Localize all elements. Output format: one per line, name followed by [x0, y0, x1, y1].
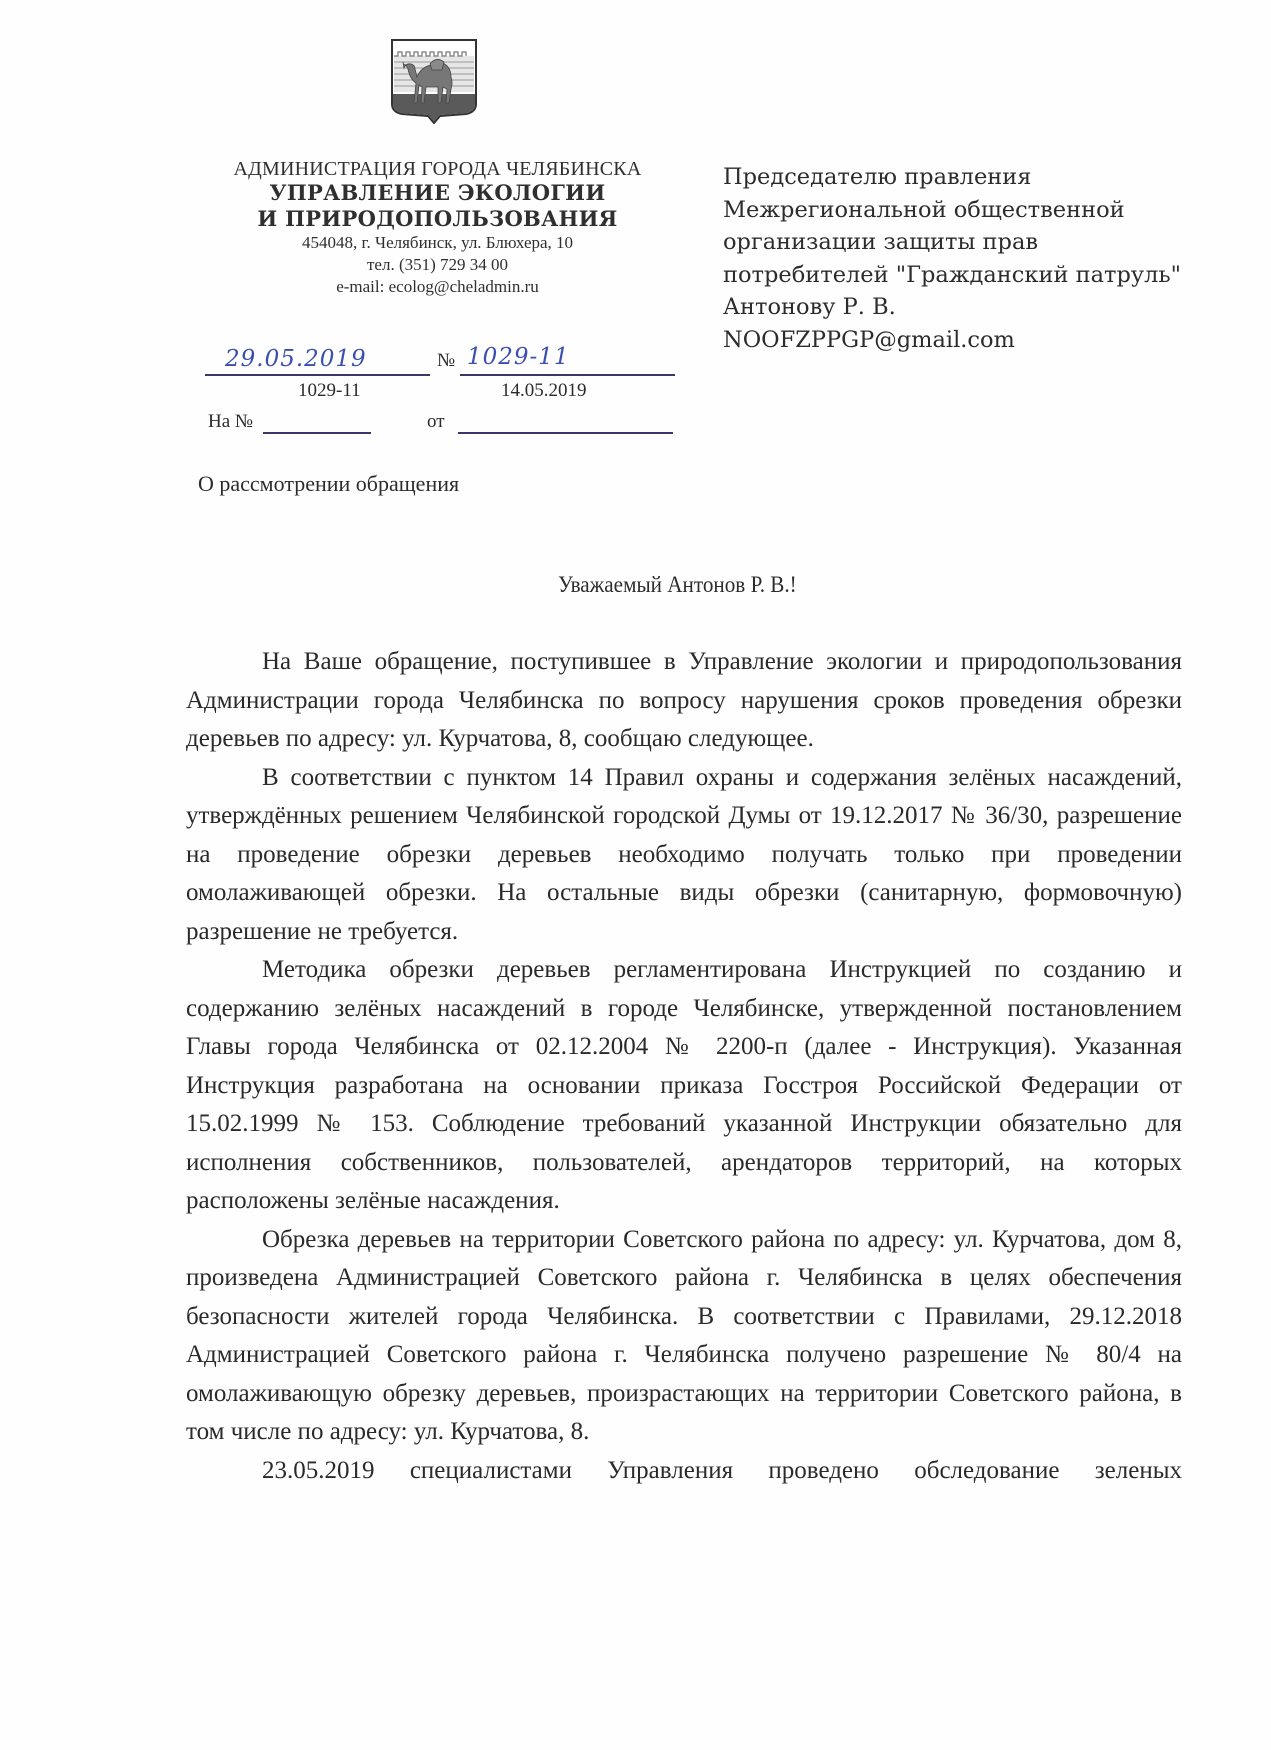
handwritten-outgoing-number: 1029-11: [467, 344, 570, 370]
body-paragraph: Методика обрезки деревьев регламентирова…: [186, 951, 1182, 1221]
administration-name: АДМИНИСТРАЦИЯ ГОРОДА ЧЕЛЯБИНСКА: [205, 158, 670, 180]
handwritten-outgoing-date: 29.05.2019: [225, 346, 367, 372]
reply-from-label: от: [427, 411, 445, 433]
department-phone: тел. (351) 729 34 00: [205, 254, 670, 276]
reply-to-number-label: На №: [208, 411, 253, 433]
registration-block: 29.05.2019 № 1029-11 1029-11 14.05.2019 …: [205, 342, 675, 442]
body-paragraph: В соответствии с пунктом 14 Правил охран…: [186, 759, 1182, 952]
typed-reference-number: 1029-11: [298, 380, 361, 402]
addressee-line: Межрегиональной общественной: [723, 194, 1233, 227]
department-name-line1: УПРАВЛЕНИЕ ЭКОЛОГИИ: [205, 180, 670, 206]
reply-to-number-line: [263, 432, 371, 434]
body-paragraph: На Ваше обращение, поступившее в Управле…: [186, 643, 1182, 759]
addressee-email: NOOFZPPGP@gmail.com: [723, 324, 1233, 357]
number-sign: №: [437, 350, 455, 372]
letter-greeting: Уважаемый Антонов Р. В.!: [558, 572, 797, 599]
addressee-line: Председателю правления: [723, 161, 1233, 194]
body-paragraph: Обрезка деревьев на территории Советског…: [186, 1221, 1182, 1452]
addressee-name: Антонову Р. В.: [723, 291, 1233, 324]
date-underline: [205, 374, 430, 376]
addressee-line: организации защиты прав: [723, 226, 1233, 259]
number-underline: [460, 374, 675, 376]
letter-subject: О рассмотрении обращения: [198, 471, 459, 497]
department-address: 454048, г. Челябинск, ул. Блюхера, 10: [205, 232, 670, 254]
letter-page: АДМИНИСТРАЦИЯ ГОРОДА ЧЕЛЯБИНСКА УПРАВЛЕН…: [0, 0, 1271, 1750]
addressee-block: Председателю правления Межрегиональной о…: [723, 161, 1233, 356]
addressee-line: потребителей "Гражданский патруль": [723, 259, 1233, 292]
department-email: e-mail: ecolog@cheladmin.ru: [205, 276, 670, 298]
chelyabinsk-coat-of-arms-icon: [390, 38, 478, 124]
letterhead: АДМИНИСТРАЦИЯ ГОРОДА ЧЕЛЯБИНСКА УПРАВЛЕН…: [205, 158, 670, 298]
letter-body: На Ваше обращение, поступившее в Управле…: [186, 643, 1182, 1490]
reply-from-date-line: [458, 432, 673, 434]
department-name-line2: И ПРИРОДОПОЛЬЗОВАНИЯ: [205, 206, 670, 232]
body-paragraph: 23.05.2019 специалистами Управления пров…: [186, 1452, 1182, 1491]
typed-reference-date: 14.05.2019: [501, 380, 587, 402]
